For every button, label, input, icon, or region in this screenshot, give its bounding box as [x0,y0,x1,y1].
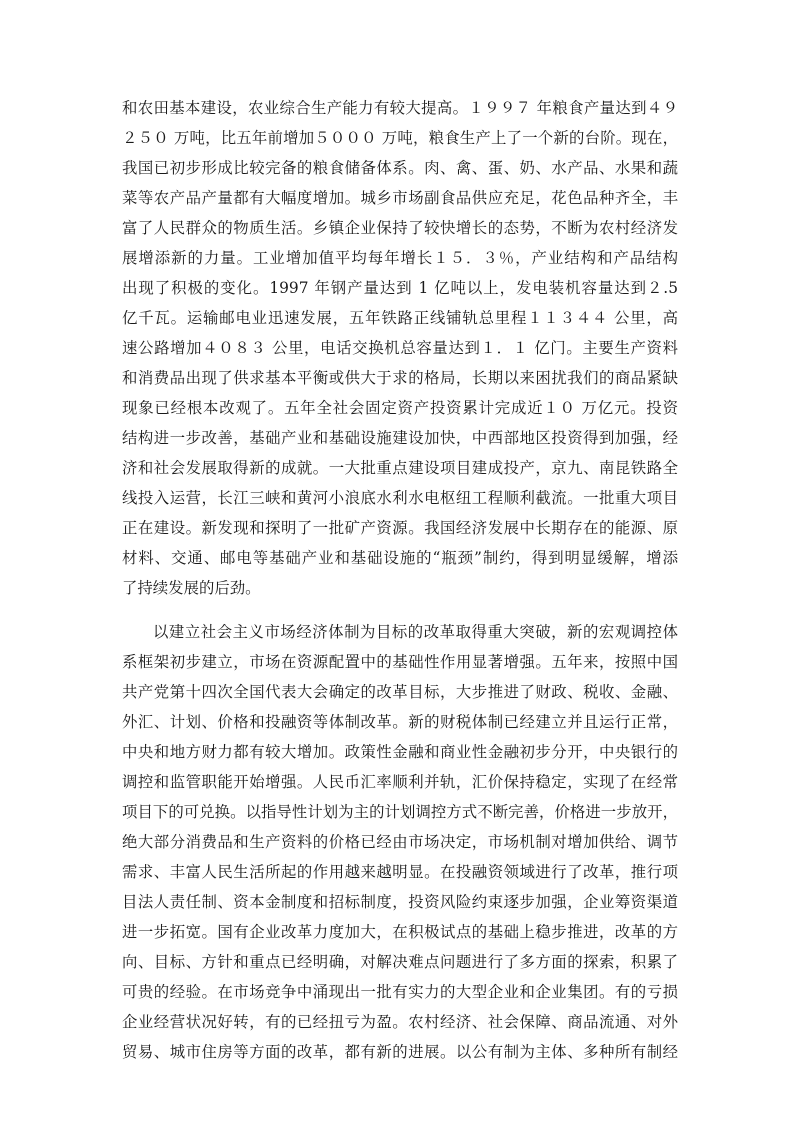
text-line: 富了人民群众的物质生活。乡镇企业保持了较快增长的态势，不断为农村经济发 [122,213,678,243]
text-line: 我国已初步形成比较完备的粮食储备体系。肉、禽、蛋、奶、水产品、水果和蔬 [122,153,678,183]
text-line: 线投入运营，长江三峡和黄河小浪底水利水电枢纽工程顺利截流。一批重大项目 [122,483,678,513]
text-line: 目法人责任制、资本金制度和招标制度，投资风险约束逐步加强，企业筹资渠道 [122,887,678,917]
text-line: 系框架初步建立，市场在资源配置中的基础性作用显著增强。五年来，按照中国 [122,647,678,677]
text-line: 调控和监管职能开始增强。人民币汇率顺利并轨，汇价保持稳定，实现了在经常 [122,767,678,797]
text-line: 项目下的可兑换。以指导性计划为主的计划调控方式不断完善，价格进一步放开， [122,797,678,827]
text-line: 亿千瓦。运输邮电业迅速发展，五年铁路正线铺轨总里程１１３４４ 公里，高 [122,303,678,333]
text-line: 和农田基本建设，农业综合生产能力有较大提高。１９９７ 年粮食产量达到４９ [122,93,678,123]
document-body: 和农田基本建设，农业综合生产能力有较大提高。１９９７ 年粮食产量达到４９ ２５０… [122,93,678,1067]
text-line: 企业经营状况好转，有的已经扭亏为盈。农村经济、社会保障、商品流通、对外 [122,1007,678,1037]
text-line: 出现了积极的变化。1997 年钢产量达到 1 亿吨以上，发电装机容量达到２.5 [122,273,678,303]
text-line: 可贵的经验。在市场竞争中涌现出一批有实力的大型企业和企业集团。有的亏损 [122,977,678,1007]
text-line: 需求、丰富人民生活所起的作用越来越明显。在投融资领域进行了改革，推行项 [122,857,678,887]
text-line: 速公路增加４０８３ 公里，电话交换机总容量达到１．１ 亿门。主要生产资料 [122,333,678,363]
text-line: 正在建设。新发现和探明了一批矿产资源。我国经济发展中长期存在的能源、原 [122,513,678,543]
text-line: 贸易、城市住房等方面的改革，都有新的进展。以公有制为主体、多种所有制经 [122,1037,678,1067]
document-page: 和农田基本建设，农业综合生产能力有较大提高。１９９７ 年粮食产量达到４９ ２５０… [0,0,793,1122]
text-line: 济和社会发展取得新的成就。一大批重点建设项目建成投产，京九、南昆铁路全 [122,453,678,483]
text-line: 以建立社会主义市场经济体制为目标的改革取得重大突破，新的宏观调控体 [122,617,678,647]
paragraph-agriculture-industry: 和农田基本建设，农业综合生产能力有较大提高。１９９７ 年粮食产量达到４９ ２５０… [122,93,678,603]
text-line: 和消费品出现了供求基本平衡或供大于求的格局，长期以来困扰我们的商品紧缺 [122,363,678,393]
text-line: 展增添新的力量。工业增加值平均每年增长１５．３％，产业结构和产品结构 [122,243,678,273]
text-line: 现象已经根本改观了。五年全社会固定资产投资累计完成近１０ 万亿元。投资 [122,393,678,423]
text-line: 向、目标、方针和重点已经明确，对解决难点问题进行了多方面的探索，积累了 [122,947,678,977]
text-line: 共产党第十四次全国代表大会确定的改革目标，大步推进了财政、税收、金融、 [122,677,678,707]
text-line: 外汇、计划、价格和投融资等体制改革。新的财税体制已经建立并且运行正常， [122,707,678,737]
paragraph-market-reform: 以建立社会主义市场经济体制为目标的改革取得重大突破，新的宏观调控体 系框架初步建… [122,617,678,1067]
text-line: 进一步拓宽。国有企业改革力度加大，在积极试点的基础上稳步推进，改革的方 [122,917,678,947]
text-line: 材料、交通、邮电等基础产业和基础设施的“瓶颈”制约，得到明显缓解，增添 [122,543,678,573]
text-line: 结构进一步改善，基础产业和基础设施建设加快，中西部地区投资得到加强，经 [122,423,678,453]
text-line: ２５０ 万吨，比五年前增加５０００ 万吨，粮食生产上了一个新的台阶。现在， [122,123,678,153]
text-line: 中央和地方财力都有较大增加。政策性金融和商业性金融初步分开，中央银行的 [122,737,678,767]
text-line: 绝大部分消费品和生产资料的价格已经由市场决定，市场机制对增加供给、调节 [122,827,678,857]
text-line: 了持续发展的后劲。 [122,573,678,603]
text-line: 菜等农产品产量都有大幅度增加。城乡市场副食品供应充足，花色品种齐全，丰 [122,183,678,213]
